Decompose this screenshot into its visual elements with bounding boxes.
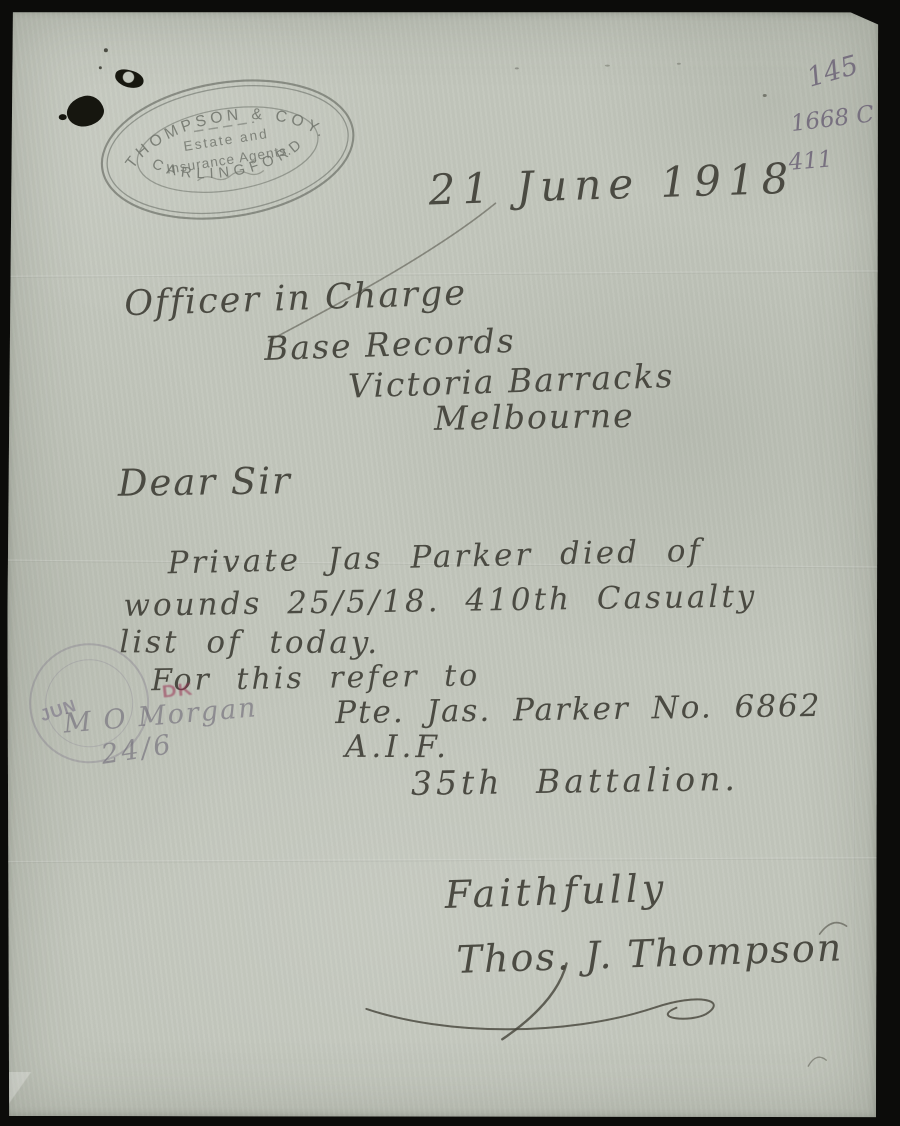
fold-crease-bottom [7, 857, 894, 863]
ink-speck [99, 66, 102, 69]
registry-number-top: 145 [804, 50, 862, 94]
fold-crease-vertical [852, 252, 856, 1102]
corner-fold [8, 1072, 54, 1112]
salutation: Dear Sir [117, 459, 292, 505]
closing: Faithfully [444, 866, 668, 917]
signature-flourish [354, 961, 754, 1052]
ink-speck [677, 63, 681, 65]
ink-speck [763, 94, 767, 97]
body-line-7: 35th Battalion. [411, 759, 739, 803]
ink-speck [515, 67, 519, 69]
body-line-1: Private Jas Parker died of [167, 533, 703, 582]
scanned-letter-page: { "colors": { "background": "#0c0c0a", "… [0, 0, 900, 1126]
ink-speck [605, 65, 610, 67]
body-line-4: For this refer to [151, 658, 480, 698]
ink-blot-hollow [113, 67, 145, 90]
body-line-3: list of today. [119, 624, 380, 661]
stray-mark [817, 914, 851, 940]
ink-blot-drip [59, 114, 67, 120]
body-line-6: A.I.F. [345, 729, 450, 765]
letter-paper: THOMPSON & COY. Estate and Insurance Age… [6, 10, 879, 1118]
ink-speck [104, 48, 108, 52]
stray-mark [804, 1050, 830, 1072]
body-line-2: wounds 25/5/18. 410th Casualty [123, 578, 757, 623]
body-line-5: Pte. Jas. Parker No. 6862 [335, 688, 822, 731]
address-line-4: Melbourne [434, 396, 635, 438]
registry-number-middle: 1668 C [789, 101, 875, 137]
address-line-2: Base Records [264, 321, 517, 368]
